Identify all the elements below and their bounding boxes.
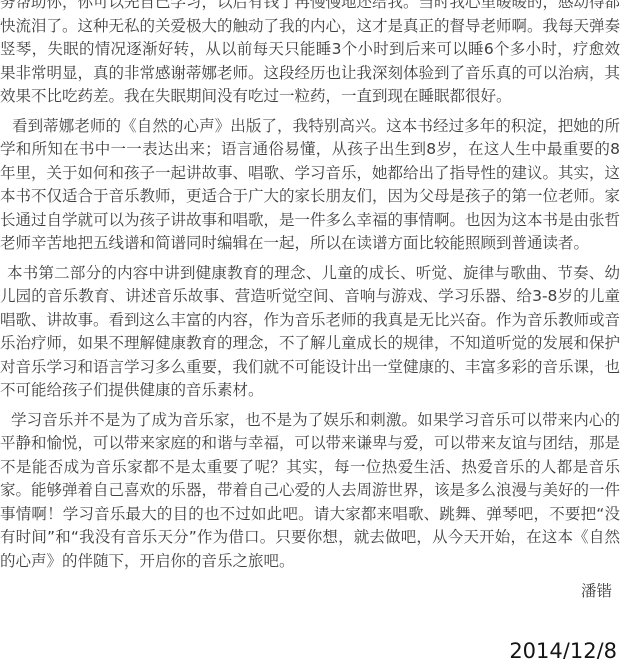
paragraph-2: 看到蒂娜老师的《自然的心声》出版了，我特别高兴。这本书经过多年的积淀，把她的所学… [0, 115, 620, 256]
paragraph-3: 本书第二部分的内容中讲到健康教育的理念、儿童的成长、听觉、旋律与歌曲、节奏、幼儿… [0, 262, 620, 403]
paragraph-4: 学习音乐并不是为了成为音乐家，也不是为了娱乐和刺激。如果学习音乐可以带来内心的平… [0, 409, 620, 574]
document-date: 2014/12/8 [0, 640, 620, 659]
paragraph-1: 务帮助你，你可以先自己学习，以后有钱了再慢慢地还给我。当时我心里暖暖的，感动得都… [0, 0, 620, 109]
author-signature: 潘锴 [0, 580, 620, 604]
document-page: 务帮助你，你可以先自己学习，以后有钱了再慢慢地还给我。当时我心里暖暖的，感动得都… [0, 0, 620, 659]
document-body: 务帮助你，你可以先自己学习，以后有钱了再慢慢地还给我。当时我心里暖暖的，感动得都… [0, 0, 620, 659]
